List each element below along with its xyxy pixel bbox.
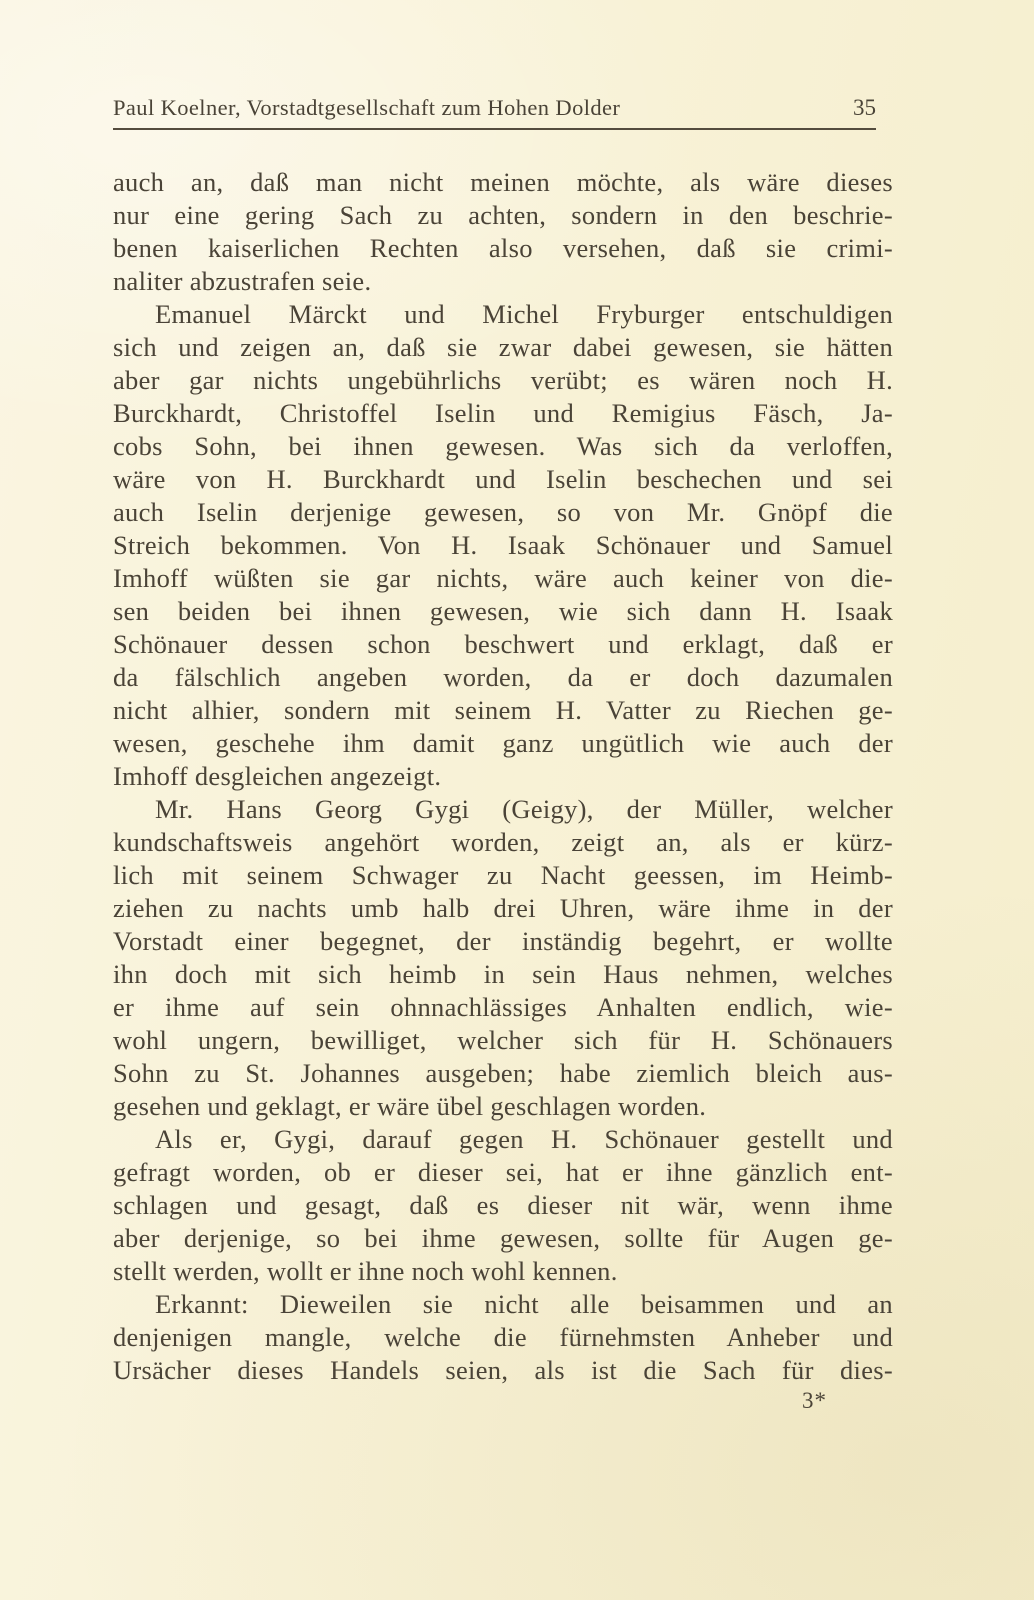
text-line: Mr. Hans Georg Gygi (Geigy), der Müller,… <box>113 793 893 826</box>
text-line: Erkannt: Dieweilen sie nicht alle beisam… <box>113 1288 893 1321</box>
text-line: Imhoff wüßten sie gar nichts, wäre auch … <box>113 562 893 595</box>
text-line: wäre von H. Burckhardt und Iselin besche… <box>113 463 893 496</box>
text-line: Ursächer dieses Handels seien, als ist d… <box>113 1354 893 1387</box>
text-line: denjenigen mangle, welche die fürnehmste… <box>113 1321 893 1354</box>
text-line: wesen, geschehe ihm damit ganz ungütlich… <box>113 727 893 760</box>
text-line: Als er, Gygi, darauf gegen H. Schönauer … <box>113 1123 893 1156</box>
text-line: da fälschlich angeben worden, da er doch… <box>113 661 893 694</box>
text-line: aber gar nichts ungebührlichs verübt; es… <box>113 364 893 397</box>
text-line: sen beiden bei ihnen gewesen, wie sich d… <box>113 595 893 628</box>
text-line: aber derjenige, so bei ihme gewesen, sol… <box>113 1222 893 1255</box>
text-line: sich und zeigen an, daß sie zwar dabei g… <box>113 331 893 364</box>
text-line: ihn doch mit sich heimb in sein Haus neh… <box>113 958 893 991</box>
signature-mark: 3* <box>113 1388 893 1414</box>
text-line: auch Iselin derjenige gewesen, so von Mr… <box>113 496 893 529</box>
scanned-book-page: Paul Koelner, Vorstadtgesellschaft zum H… <box>0 0 1034 1600</box>
text-line: Schönauer dessen schon beschwert und erk… <box>113 628 893 661</box>
text-line: Sohn zu St. Johannes ausgeben; habe ziem… <box>113 1057 893 1090</box>
page-number: 35 <box>853 95 876 121</box>
text-line: gefragt worden, ob er dieser sei, hat er… <box>113 1156 893 1189</box>
text-line: naliter abzustrafen seie. <box>113 265 893 298</box>
running-header-title: Paul Koelner, Vorstadtgesellschaft zum H… <box>113 95 620 121</box>
body-text: auch an, daß man nicht meinen möchte, al… <box>113 166 893 1387</box>
text-line: stellt werden, wollt er ihne noch wohl k… <box>113 1255 893 1288</box>
text-line: ziehen zu nachts umb halb drei Uhren, wä… <box>113 892 893 925</box>
text-line: cobs Sohn, bei ihnen gewesen. Was sich d… <box>113 430 893 463</box>
text-line: Burckhardt, Christoffel Iselin und Remig… <box>113 397 893 430</box>
text-line: benen kaiserlichen Rechten also versehen… <box>113 232 893 265</box>
text-line: wohl ungern, bewilliget, welcher sich fü… <box>113 1024 893 1057</box>
text-line: nur eine gering Sach zu achten, sondern … <box>113 199 893 232</box>
running-header: Paul Koelner, Vorstadtgesellschaft zum H… <box>113 95 876 130</box>
text-line: gesehen und geklagt, er wäre übel geschl… <box>113 1090 893 1123</box>
text-line: auch an, daß man nicht meinen möchte, al… <box>113 166 893 199</box>
text-line: Vorstadt einer begegnet, der inständig b… <box>113 925 893 958</box>
text-line: kundschaftsweis angehört worden, zeigt a… <box>113 826 893 859</box>
text-line: nicht alhier, sondern mit seinem H. Vatt… <box>113 694 893 727</box>
text-line: Emanuel Märckt und Michel Fryburger ents… <box>113 298 893 331</box>
text-line: Imhoff desgleichen angezeigt. <box>113 760 893 793</box>
text-line: lich mit seinem Schwager zu Nacht geesse… <box>113 859 893 892</box>
text-line: Streich bekommen. Von H. Isaak Schönauer… <box>113 529 893 562</box>
text-line: er ihme auf sein ohnnachlässiges Anhalte… <box>113 991 893 1024</box>
text-line: schlagen und gesagt, daß es dieser nit w… <box>113 1189 893 1222</box>
